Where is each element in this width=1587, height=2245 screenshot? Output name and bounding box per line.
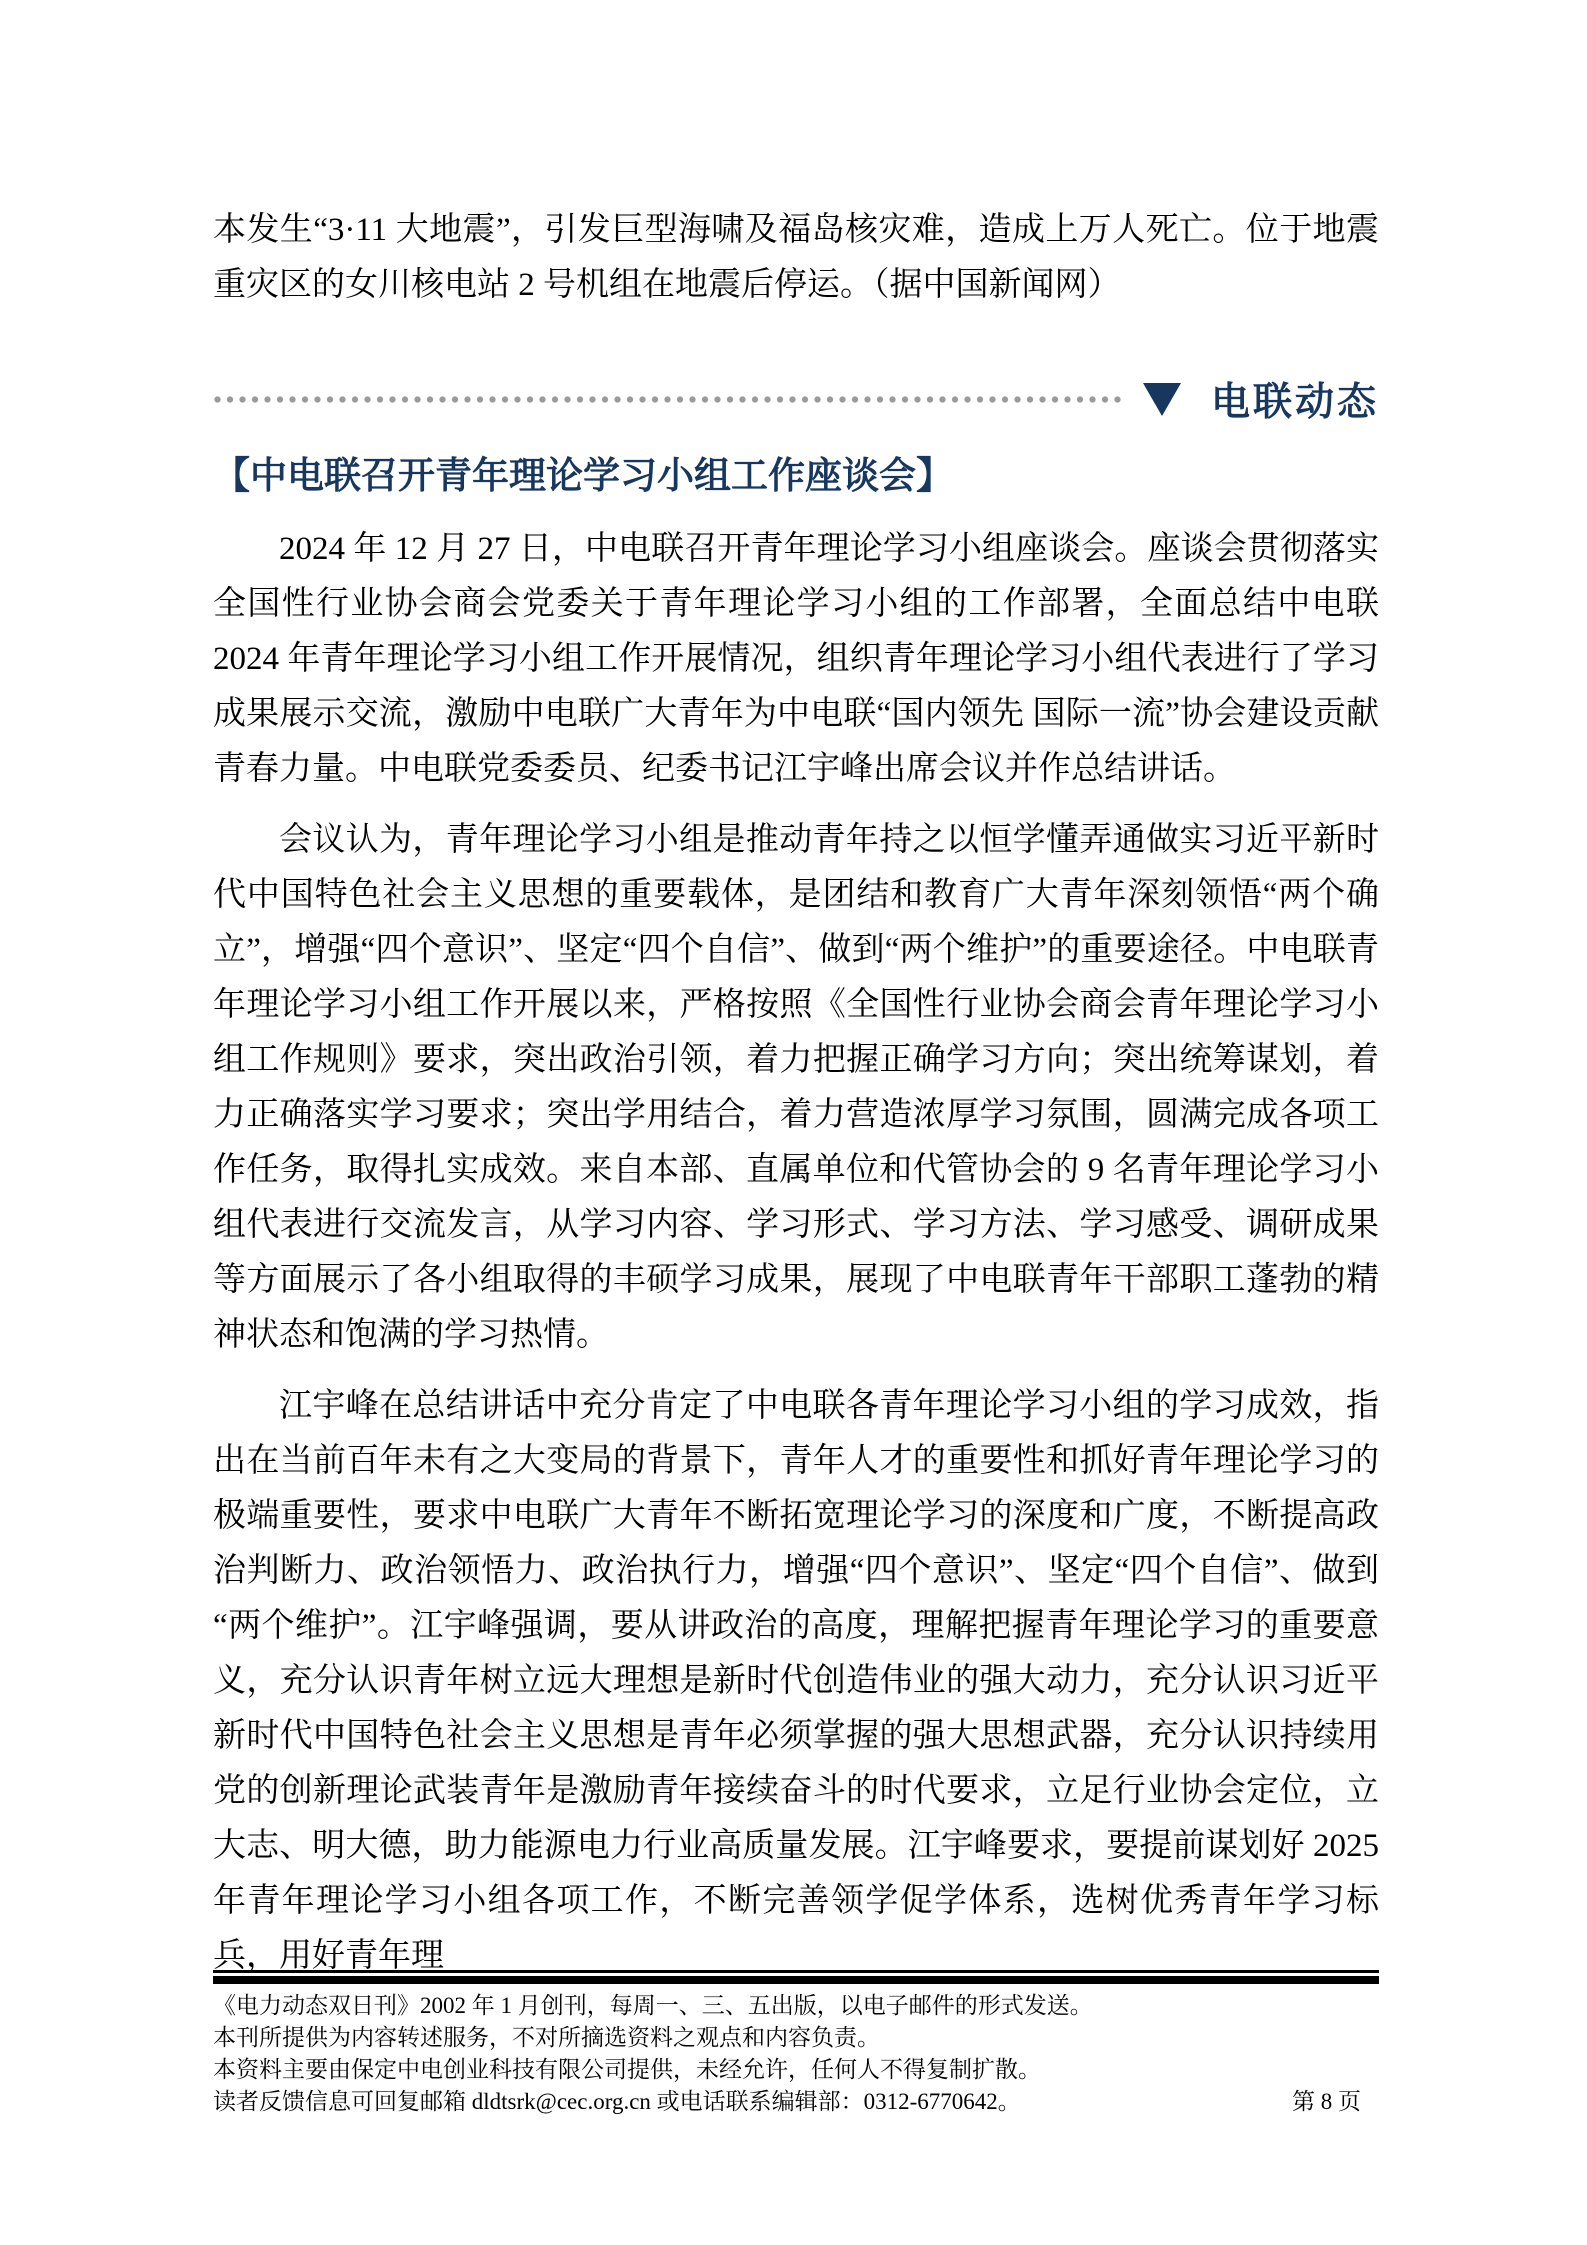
article-paragraph-1: 2024 年 12 月 27 日，中电联召开青年理论学习小组座谈会。座谈会贯彻落… (213, 522, 1379, 797)
footer-rule-thin (213, 1970, 1379, 1973)
footer-text-block: 《电力动态双日刊》2002 年 1 月创刊，每周一、三、五出版，以电子邮件的形式… (213, 1990, 1379, 2118)
section-header-label: 电联动态 (1211, 371, 1379, 427)
footer-line-contact: 读者反馈信息可回复邮箱 dldtsrk@cec.org.cn 或电话联系编辑部：… (213, 2086, 1021, 2118)
footer-line-contact-row: 读者反馈信息可回复邮箱 dldtsrk@cec.org.cn 或电话联系编辑部：… (213, 2086, 1379, 2118)
footer-line-disclaimer: 本刊所提供为内容转述服务，不对所摘选资料之观点和内容负责。 (213, 2022, 1379, 2054)
article-title: 【中电联召开青年理论学习小组工作座谈会】 (213, 449, 1379, 504)
triangle-down-icon (1143, 383, 1181, 416)
footer-line-copyright: 本资料主要由保定中电创业科技有限公司提供，未经允许，任何人不得复制扩散。 (213, 2054, 1379, 2086)
page-content: 本发生“3·11 大地震”，引发巨型海啸及福岛核灾难，造成上万人死亡。位于地震重… (213, 203, 1379, 1984)
footer-line-publication-info: 《电力动态双日刊》2002 年 1 月创刊，每周一、三、五出版，以电子邮件的形式… (213, 1990, 1379, 2022)
article-paragraph-3: 江宇峰在总结讲话中充分肯定了中电联各青年理论学习小组的学习成效，指出在当前百年未… (213, 1379, 1379, 1984)
document-page: 本发生“3·11 大地震”，引发巨型海啸及福岛核灾难，造成上万人死亡。位于地震重… (0, 0, 1587, 2245)
article-paragraph-2: 会议认为，青年理论学习小组是推动青年持之以恒学懂弄通做实习近平新时代中国特色社会… (213, 813, 1379, 1363)
lead-paragraph: 本发生“3·11 大地震”，引发巨型海啸及福岛核灾难，造成上万人死亡。位于地震重… (213, 203, 1379, 313)
section-header: 电联动态 (213, 371, 1379, 427)
dotted-leader-line (213, 395, 1127, 404)
footer-rule-thick (213, 1976, 1379, 1984)
page-number: 第 8 页 (1292, 2086, 1361, 2118)
page-footer: 《电力动态双日刊》2002 年 1 月创刊，每周一、三、五出版，以电子邮件的形式… (213, 1970, 1379, 2118)
